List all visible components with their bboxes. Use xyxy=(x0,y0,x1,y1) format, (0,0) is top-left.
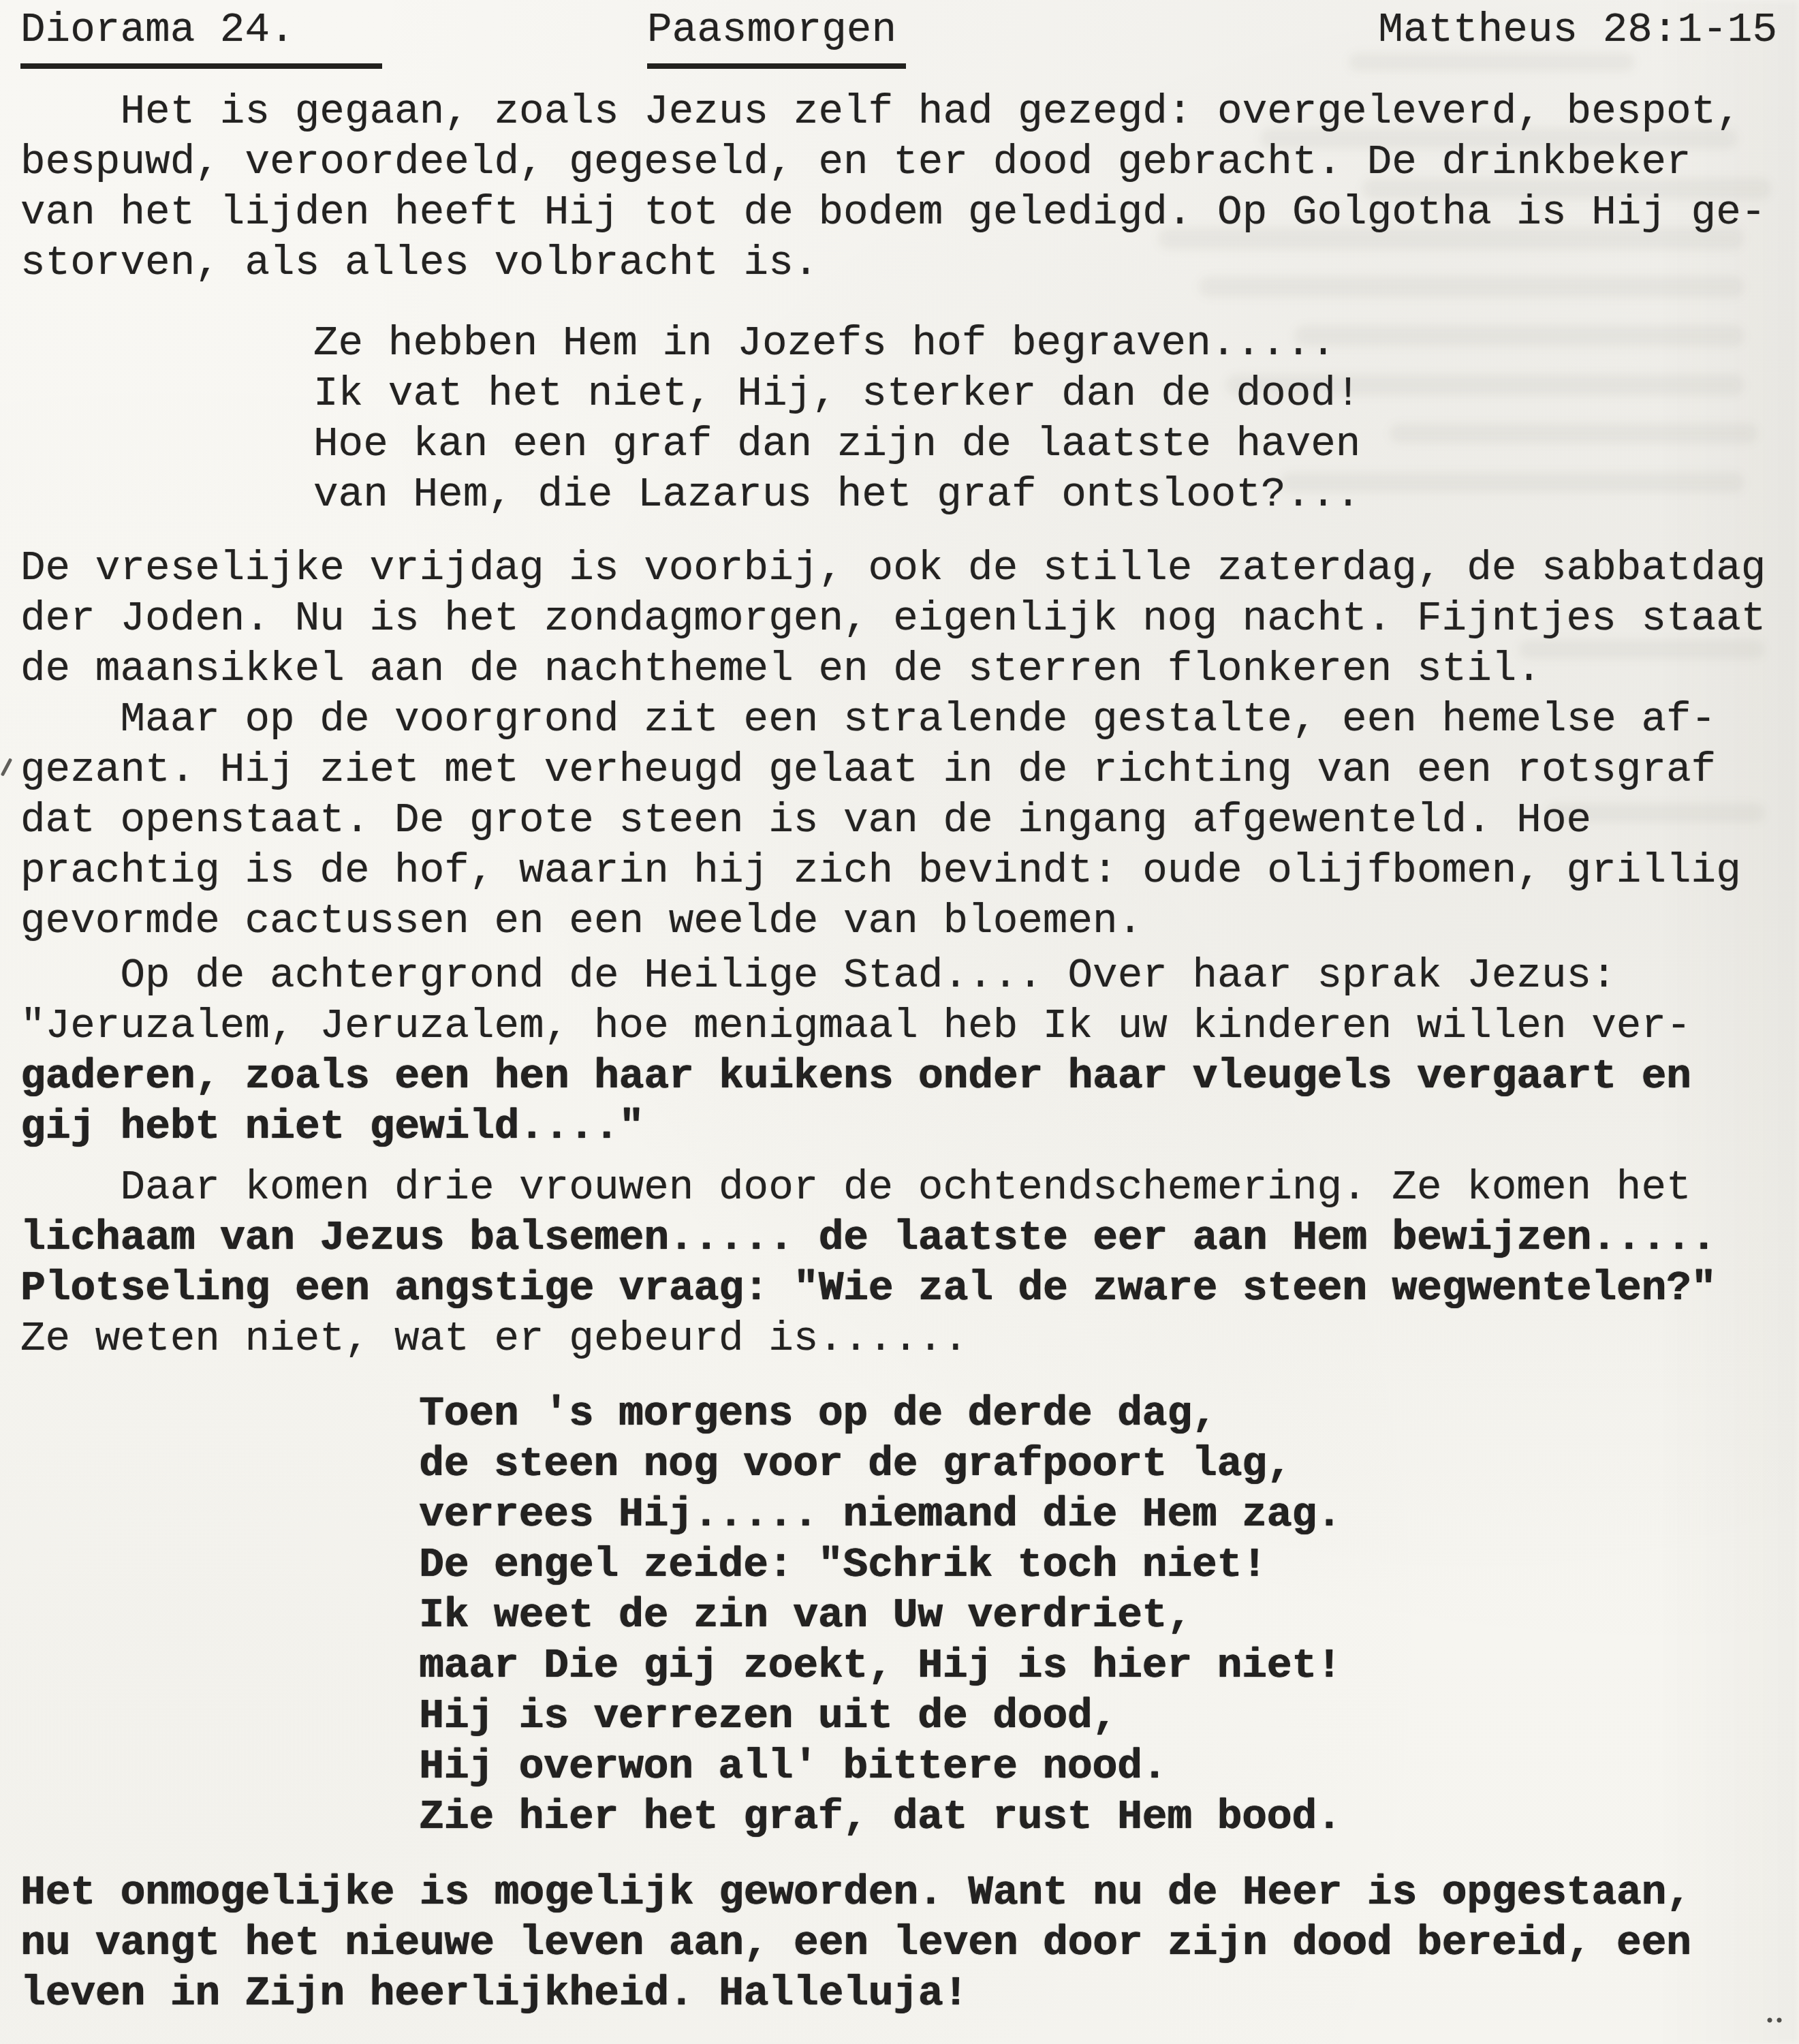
text-line: dat openstaat. De grote steen is van de … xyxy=(20,796,1785,846)
page-title: Paasmorgen xyxy=(647,7,906,69)
poem-line: Zie hier het graf, dat rust Hem bood. xyxy=(419,1793,1785,1843)
poem-line: Ik vat het niet, Hij, sterker dan de doo… xyxy=(313,369,1785,420)
text-line: "Jeruzalem, Jeruzalem, hoe menigmaal heb… xyxy=(20,1002,1785,1052)
text-line: Op de achtergrond de Heilige Stad.... Ov… xyxy=(20,951,1785,1002)
paragraph: De vreselijke vrijdag is voorbij, ook de… xyxy=(20,544,1785,695)
poem-line: Hoe kan een graf dan zijn de laatste hav… xyxy=(313,420,1785,470)
document-body: Het is gegaan, zoals Jezus zelf had geze… xyxy=(20,87,1785,2019)
text-line: van het lijden heeft Hij tot de bodem ge… xyxy=(20,188,1785,238)
poem-line: verrees Hij..... niemand die Hem zag. xyxy=(419,1490,1785,1540)
document-title: Diorama 24. xyxy=(20,7,382,69)
text-line: Het is gegaan, zoals Jezus zelf had geze… xyxy=(20,87,1785,138)
text-line: Het onmogelijke is mogelijk geworden. Wa… xyxy=(20,1868,1785,1919)
text-line: gevormde cactussen en een weelde van blo… xyxy=(20,897,1785,947)
text-line: Maar op de voorgrond zit een stralende g… xyxy=(20,695,1785,745)
poem-line: van Hem, die Lazarus het graf ontsloot?.… xyxy=(313,470,1785,521)
poem-line: De engel zeide: "Schrik toch niet! xyxy=(419,1540,1785,1591)
text-line: storven, als alles volbracht is. xyxy=(20,238,1785,289)
poem-line: maar Die gij zoekt, Hij is hier niet! xyxy=(419,1641,1785,1692)
text-line: gij hebt niet gewild...." xyxy=(20,1102,1785,1153)
poem-line: Ze hebben Hem in Jozefs hof begraven....… xyxy=(313,319,1785,369)
poem-stanza: Toen 's morgens op de derde dag, de stee… xyxy=(419,1389,1785,1843)
text-line: bespuwd, veroordeeld, gegeseld, en ter d… xyxy=(20,138,1785,188)
paragraph: Op de achtergrond de Heilige Stad.... Ov… xyxy=(20,951,1785,1153)
text-line: der Joden. Nu is het zondagmorgen, eigen… xyxy=(20,594,1785,645)
paragraph: Daar komen drie vrouwen door de ochtends… xyxy=(20,1163,1785,1365)
text-line: Plotseling een angstige vraag: "Wie zal … xyxy=(20,1264,1785,1314)
text-line: de maansikkel aan de nachthemel en de st… xyxy=(20,645,1785,695)
document-header: Diorama 24. Paasmorgen Mattheus 28:1-15 xyxy=(20,7,1780,75)
text-line: lichaam van Jezus balsemen..... de laats… xyxy=(20,1213,1785,1264)
typewritten-document-page: Diorama 24. Paasmorgen Mattheus 28:1-15 … xyxy=(0,0,1799,2044)
poem-line: Toen 's morgens op de derde dag, xyxy=(419,1389,1785,1440)
poem-line: Hij overwon all' bittere nood. xyxy=(419,1742,1785,1793)
text-line: prachtig is de hof, waarin hij zich bevi… xyxy=(20,846,1785,897)
poem-line: Hij is verrezen uit de dood, xyxy=(419,1692,1785,1742)
poem-line: Ik weet de zin van Uw verdriet, xyxy=(419,1591,1785,1641)
scripture-reference: Mattheus 28:1-15 xyxy=(1378,7,1777,54)
text-line: Daar komen drie vrouwen door de ochtends… xyxy=(20,1163,1785,1213)
poem-stanza: Ze hebben Hem in Jozefs hof begraven....… xyxy=(313,319,1785,521)
text-line: gaderen, zoals een hen haar kuikens onde… xyxy=(20,1052,1785,1102)
text-line: nu vangt het nieuwe leven aan, een leven… xyxy=(20,1919,1785,1969)
stray-mark xyxy=(1,758,13,776)
paragraph: Het is gegaan, zoals Jezus zelf had geze… xyxy=(20,87,1785,289)
text-line: leven in Zijn heerlijkheid. Halleluja! xyxy=(20,1969,1785,2019)
text-line: gezant. Hij ziet met verheugd gelaat in … xyxy=(20,745,1785,796)
text-line: Ze weten niet, wat er gebeurd is...... xyxy=(20,1314,1785,1365)
poem-line: de steen nog voor de grafpoort lag, xyxy=(419,1440,1785,1490)
text-line: De vreselijke vrijdag is voorbij, ook de… xyxy=(20,544,1785,594)
paragraph: Maar op de voorgrond zit een stralende g… xyxy=(20,695,1785,947)
paragraph: Het onmogelijke is mogelijk geworden. Wa… xyxy=(20,1868,1785,2019)
